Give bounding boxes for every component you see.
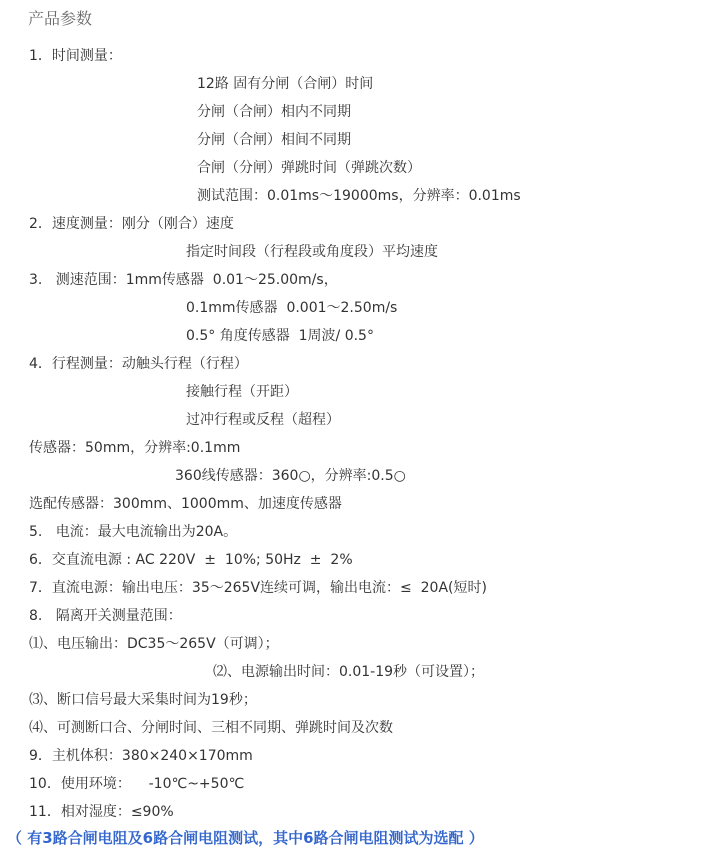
footnote-optional-resistance-test: （ 有3路合闸电阻及6路合闸电阻测试，其中6路合闸电阻测试为选配 ） bbox=[0, 826, 704, 850]
spec-line-inter-phase-sync: 分闸（合闸）相间不同期 bbox=[0, 126, 704, 154]
spec-line-overshoot-travel: 过冲行程或反程（超程） bbox=[0, 406, 704, 434]
spec-line-average-speed: 指定时间段（行程段或角度段）平均速度 bbox=[0, 238, 704, 266]
spec-line-bounce-time: 合闸（分闸）弹跳时间（弹跳次数） bbox=[0, 154, 704, 182]
spec-line-speed-range-1mm: 3. 测速范围：1mm传感器 0.01～25.00m/s， bbox=[0, 266, 704, 294]
spec-line-operating-environment: 10．使用环境： -10℃~+50℃ bbox=[0, 770, 704, 798]
spec-line-speed-measurement: 2．速度测量：刚分（刚合）速度 bbox=[0, 210, 704, 238]
spec-line-intra-phase-sync: 分闸（合闸）相内不同期 bbox=[0, 98, 704, 126]
spec-line-speed-range-angle: 0.5° 角度传感器 1周波/ 0.5° bbox=[0, 322, 704, 350]
spec-line-12ch-open-close-time: 12路 固有分闸（合闸）时间 bbox=[0, 70, 704, 98]
spec-line-time-measurement: 1．时间测量： bbox=[0, 42, 704, 70]
spec-line-voltage-output: ⑴、电压输出：DC35～265V（可调）； bbox=[0, 630, 704, 658]
spec-line-power-output-time: ⑵、电源输出时间：0.01-19秒（可设置）； bbox=[0, 658, 704, 686]
spec-line-current: 5. 电流：最大电流输出为20A。 bbox=[0, 518, 704, 546]
spec-line-test-range: 测试范围：0.01ms～19000ms，分辨率：0.01ms bbox=[0, 182, 704, 210]
spec-line-relative-humidity: 11．相对湿度：≤90% bbox=[0, 798, 704, 826]
spec-line-signal-capture-time: ⑶、断口信号最大采集时间为19秒； bbox=[0, 686, 704, 714]
spec-line-speed-range-01mm: 0.1mm传感器 0.001～2.50m/s bbox=[0, 294, 704, 322]
spec-list: 1．时间测量： 12路 固有分闸（合闸）时间 分闸（合闸）相内不同期 分闸（合闸… bbox=[0, 42, 704, 826]
spec-line-isolator-range: 8. 隔离开关测量范围： bbox=[0, 602, 704, 630]
spec-line-contact-travel: 接触行程（开距） bbox=[0, 378, 704, 406]
spec-line-optional-sensors: 选配传感器：300mm、1000mm、加速度传感器 bbox=[0, 490, 704, 518]
spec-line-sensor-50mm: 传感器：50mm，分辨率:0.1mm bbox=[0, 434, 704, 462]
spec-line-travel-measurement: 4．行程测量：动触头行程（行程） bbox=[0, 350, 704, 378]
page-title: 产品参数 bbox=[28, 8, 704, 30]
spec-line-dc-power: 7．直流电源：输出电压：35～265V连续可调，输出电流：≤ 20A(短时) bbox=[0, 574, 704, 602]
spec-line-sensor-360: 360线传感器：360○，分辨率:0.5○ bbox=[0, 462, 704, 490]
spec-line-ac-dc-power: 6．交直流电源 : AC 220V ± 10%; 50Hz ± 2% bbox=[0, 546, 704, 574]
spec-line-measurable-items: ⑷、可测断口合、分闸时间、三相不同期、弹跳时间及次数 bbox=[0, 714, 704, 742]
product-parameters-page: 产品参数 1．时间测量： 12路 固有分闸（合闸）时间 分闸（合闸）相内不同期 … bbox=[0, 8, 704, 850]
spec-line-host-dimensions: 9．主机体积：380×240×170mm bbox=[0, 742, 704, 770]
